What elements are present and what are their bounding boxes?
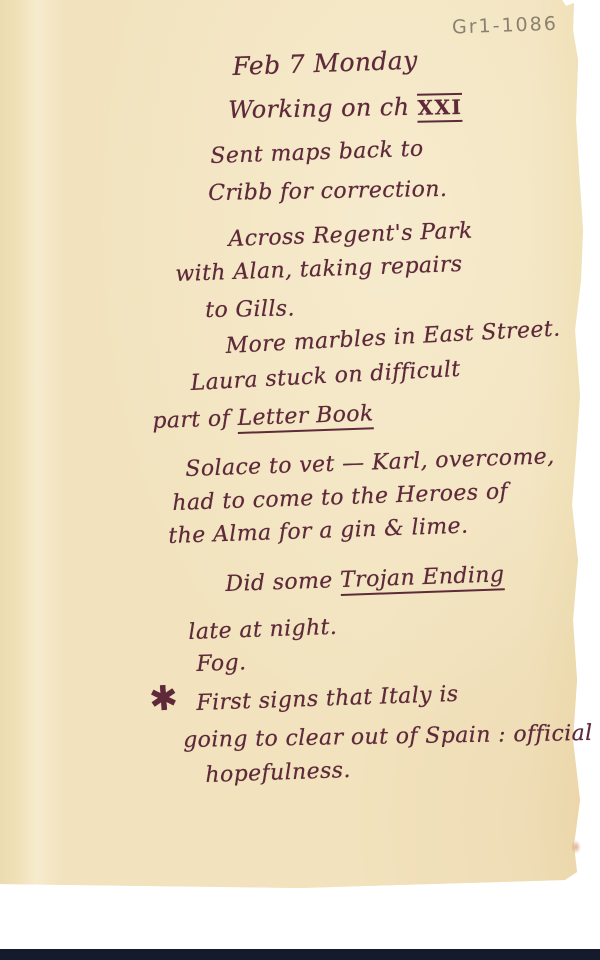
diary-line: Cribb for correction. bbox=[208, 177, 447, 206]
diary-line: Working on ch XXI bbox=[228, 92, 463, 124]
underlined-phrase: Letter Book bbox=[237, 401, 374, 434]
diary-line-text: Working on ch bbox=[228, 93, 418, 124]
diary-line: hopefulness. bbox=[205, 758, 351, 788]
scan-edge-band bbox=[0, 949, 600, 960]
scanned-manuscript-page: Gr1-1086 Feb 7 Monday Working on ch XXI … bbox=[0, 0, 600, 960]
diary-line: late at night. bbox=[188, 615, 338, 645]
diary-line: Fog. bbox=[196, 650, 247, 677]
diary-line-text: part of bbox=[152, 406, 238, 434]
underlined-chapter-number: XXI bbox=[417, 93, 462, 123]
paper-stain bbox=[571, 840, 581, 854]
diary-line-text: Did some bbox=[225, 568, 341, 597]
asterisk-marker: ✱ bbox=[148, 678, 180, 720]
underlined-phrase: Trojan Ending bbox=[340, 562, 505, 596]
diary-line: to Gills. bbox=[205, 296, 295, 323]
